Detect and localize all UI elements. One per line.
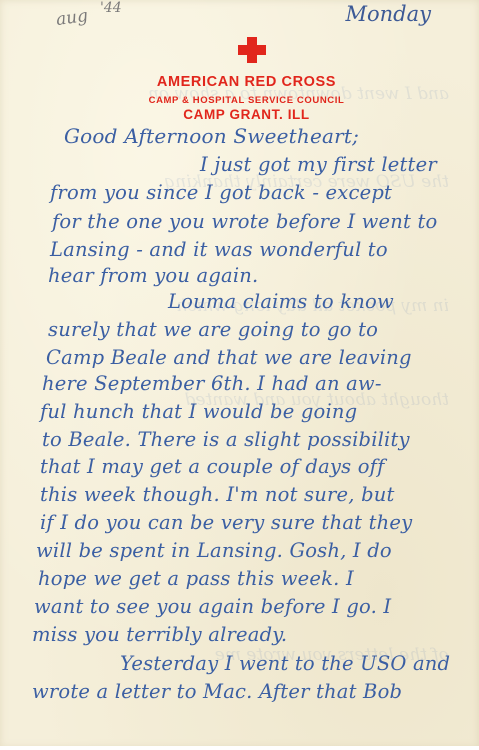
letter-line: Yesterday I went to the USO and	[120, 652, 450, 675]
letter-line: for the one you wrote before I went to	[52, 210, 437, 233]
letter-line: Camp Beale and that we are leaving	[46, 346, 412, 369]
letter-line: I just got my first letter	[200, 153, 437, 176]
letterhead-council: CAMP & HOSPITAL SERVICE COUNCIL	[7, 95, 479, 106]
red-cross-icon	[238, 37, 266, 63]
letter-paper: and I went downtown to a show on the USO…	[0, 0, 479, 748]
letter-line: miss you terribly already.	[32, 623, 287, 646]
letter-line: from you since I got back - except	[50, 181, 392, 204]
day-heading: Monday	[346, 2, 432, 26]
letter-line: here September 6th. I had an aw-	[42, 372, 382, 395]
letter-line: ful hunch that I would be going	[40, 400, 357, 423]
letterhead-organization: AMERICAN RED CROSS	[7, 74, 479, 90]
letter-line: Louma claims to know	[168, 290, 394, 313]
page-number: '44	[100, 0, 122, 16]
letter-line: wrote a letter to Mac. After that Bob	[32, 680, 402, 703]
letter-line: to Beale. There is a slight possibility	[42, 428, 410, 451]
letter-line: hear from you again.	[48, 264, 258, 287]
date-annotation: aug	[55, 6, 89, 30]
letterhead-location: CAMP GRANT. ILL	[7, 107, 479, 122]
salutation: Good Afternoon Sweetheart;	[64, 124, 359, 148]
letter-line: that I may get a couple of days off	[40, 455, 385, 478]
letter-line: Lansing - and it was wonderful to	[50, 238, 388, 261]
letter-line: will be spent in Lansing. Gosh, I do	[36, 539, 392, 562]
letter-line: if I do you can be very sure that they	[40, 511, 412, 534]
letter-line: surely that we are going to go to	[48, 318, 378, 341]
page-edge	[0, 746, 479, 750]
letter-line: this week though. I'm not sure, but	[40, 483, 395, 506]
letter-line: want to see you again before I go. I	[34, 595, 391, 618]
letter-line: hope we get a pass this week. I	[38, 567, 354, 590]
